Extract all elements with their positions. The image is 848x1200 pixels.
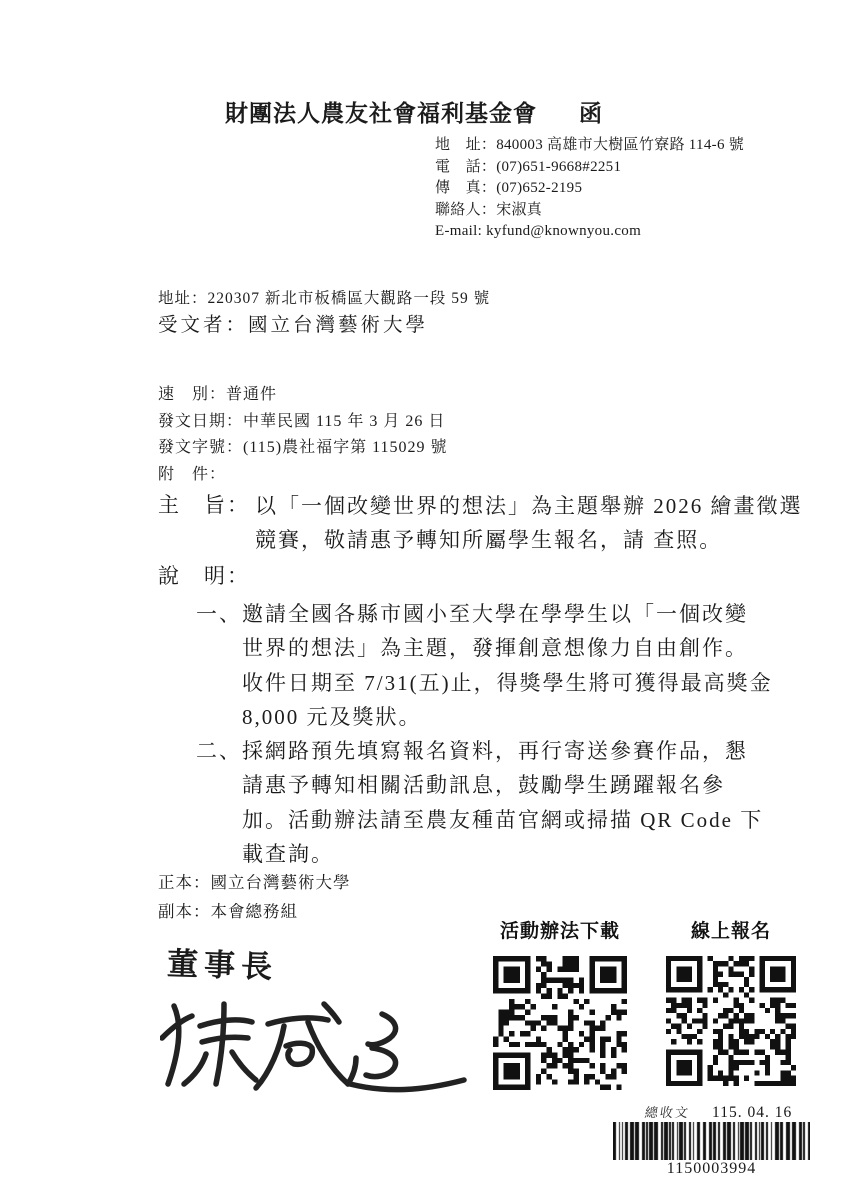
qr-section-activity: 活動辦法下載	[490, 916, 630, 1090]
meta-attachment: 附 件：	[158, 462, 447, 489]
barcode-number: 1150003994	[613, 1160, 810, 1178]
qr-section-signup: 線上報名	[662, 916, 800, 1086]
copy-original: 正本：國立台灣藝術大學	[158, 869, 351, 898]
copy-cc: 副本：本會總務組	[158, 898, 351, 927]
item-text: 採網路預先填寫報名資料，再行寄送參賽作品，懇請惠予轉知相關活動訊息，鼓勵學生踴躍…	[242, 734, 763, 871]
item-marker: 二、	[196, 734, 242, 871]
meta-ref-number: 發文字號：(115)農社福字第 115029 號	[158, 435, 447, 462]
meta-issue-date: 發文日期：中華民國 115 年 3 月 26 日	[158, 409, 447, 436]
copies-block: 正本：國立台灣藝術大學 副本：本會總務組	[158, 869, 351, 926]
document-meta-block: 速 別：普通件 發文日期：中華民國 115 年 3 月 26 日 發文字號：(1…	[158, 382, 447, 488]
org-name: 財團法人農友社會福利基金會	[225, 95, 537, 128]
chairman-signature	[160, 998, 470, 1093]
recipient-address: 地址：220307 新北市板橋區大觀路一段 59 號	[158, 286, 490, 308]
item-marker: 一、	[196, 597, 242, 734]
description-item-2: 二、 採網路預先填寫報名資料，再行寄送參賽作品，懇請惠予轉知相關活動訊息，鼓勵學…	[196, 734, 816, 871]
sender-email: E-mail: kyfund@knownyou.com	[435, 221, 744, 243]
received-barcode	[613, 1122, 810, 1160]
recipient-name: 受文者：國立台灣藝術大學	[158, 309, 428, 337]
item-text: 邀請全國各縣市國小至大學在學學生以「一個改變世界的想法」為主題，發揮創意想像力自…	[242, 597, 773, 734]
sender-contact-person: 聯絡人：宋淑真	[435, 200, 744, 222]
stamp-date: 115. 04. 16	[712, 1104, 792, 1122]
sender-address: 地 址：840003 高雄市大樹區竹寮路 114-6 號	[435, 135, 744, 157]
description-item-1: 一、 邀請全國各縣市國小至大學在學學生以「一個改變世界的想法」為主題，發揮創意想…	[196, 597, 816, 734]
subject-label: 主 旨：	[158, 489, 255, 557]
received-stamp: 總收文 115. 04. 16	[645, 1102, 792, 1122]
subject-text: 以「一個改變世界的想法」為主題舉辦 2026 繪畫徵選競賽，敬請惠予轉知所屬學生…	[255, 489, 803, 557]
description-items: 一、 邀請全國各縣市國小至大學在學學生以「一個改變世界的想法」為主題，發揮創意想…	[196, 597, 816, 871]
doc-type-label: 函	[579, 95, 603, 128]
qr-label-signup: 線上報名	[691, 916, 771, 943]
sender-contact-block: 地 址：840003 高雄市大樹區竹寮路 114-6 號 電 話：(07)651…	[435, 135, 744, 243]
chairman-title-handwritten: 董事長	[166, 938, 279, 987]
scanned-letter-page: 財團法人農友社會福利基金會 函 地 址：840003 高雄市大樹區竹寮路 114…	[0, 0, 848, 1200]
qr-code-activity-download	[493, 956, 627, 1090]
qr-label-activity: 活動辦法下載	[500, 916, 620, 943]
sender-fax: 傳 真：(07)652-2195	[435, 178, 744, 200]
subject-block: 主 旨： 以「一個改變世界的想法」為主題舉辦 2026 繪畫徵選競賽，敬請惠予轉…	[158, 489, 803, 557]
description-label: 說 明：	[158, 560, 250, 590]
qr-code-online-signup	[666, 956, 796, 1086]
letter-title: 財團法人農友社會福利基金會 函	[225, 95, 603, 128]
meta-priority: 速 別：普通件	[158, 382, 447, 409]
stamp-label: 總收文	[644, 1102, 692, 1121]
sender-phone: 電 話：(07)651-9668#2251	[435, 157, 744, 179]
